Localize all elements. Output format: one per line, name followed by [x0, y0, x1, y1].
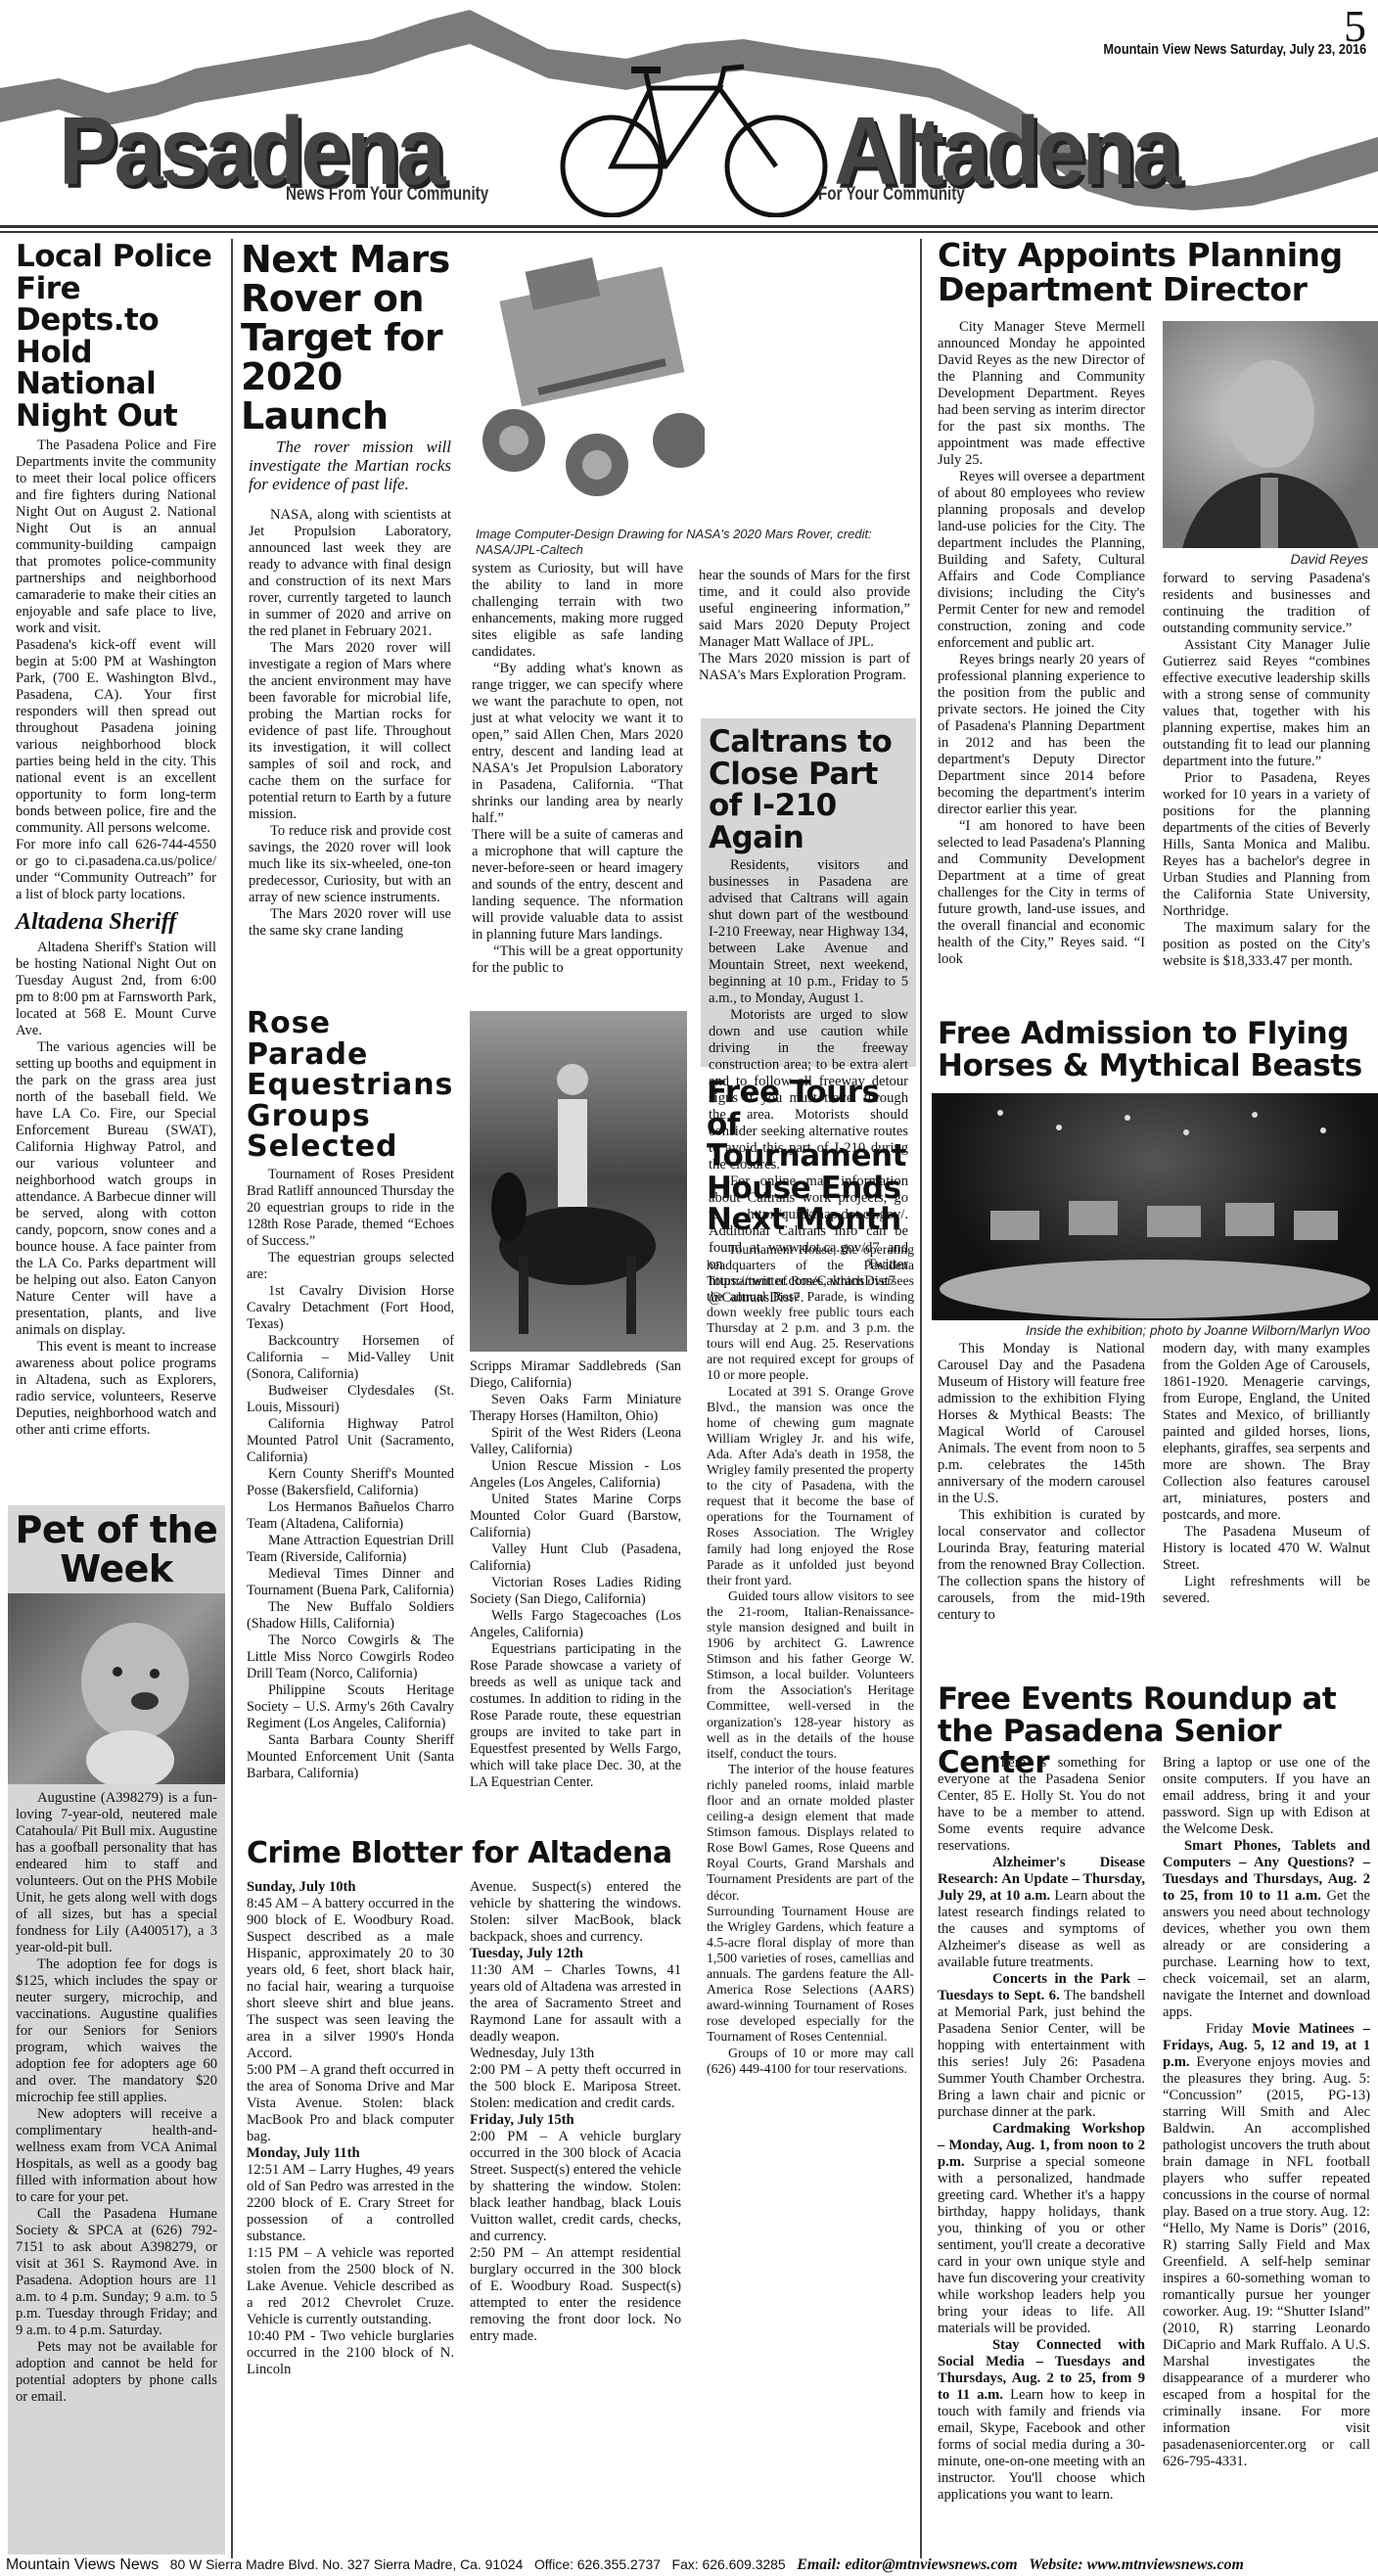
headline: Caltrans to Close Part of I-210 Again — [709, 726, 908, 853]
paragraph: Located at 391 S. Orange Grove Blvd., th… — [707, 1384, 914, 1588]
footer: Mountain Views News 80 W Sierra Madre Bl… — [0, 2556, 1370, 2576]
paragraph: The interior of the house features richl… — [707, 1762, 914, 1904]
footer-email-link[interactable]: Email: editor@mtnviewsnews.com — [797, 2556, 1017, 2573]
paragraph: Groups of 10 or more may call (626) 449-… — [707, 2046, 914, 2077]
column-divider — [231, 239, 233, 2558]
paragraph: Surrounding Tournament House are the Wri… — [707, 1904, 914, 2046]
article-carousel: Free Admission to Flying Horses & Mythic… — [938, 1018, 1368, 1081]
article-mars-col3: hear the sounds of Mars for the first ti… — [699, 568, 910, 684]
bicycle-icon — [553, 59, 837, 217]
article-mars-col2: system as Curiosity, but will have the a… — [472, 561, 683, 977]
list-item: Santa Barbara County Sheriff Mounted Enf… — [247, 1732, 454, 1782]
event-item: Alzheimer's Disease Research: An Update … — [938, 1855, 1145, 1971]
headline: Rose Parade Equestrians Groups Selected — [247, 1008, 454, 1163]
headline: Free Tours of Tournament House Ends Next… — [707, 1077, 914, 1236]
paragraph: “I am honored to have been selected to l… — [938, 818, 1145, 968]
event-item: Concerts in the Park – Tuesdays to Sept.… — [938, 1971, 1145, 2121]
event-item: Stay Connected with Social Media – Tuesd… — [938, 2337, 1145, 2504]
event-item: Cardmaking Workshop – Monday, Aug. 1, fr… — [938, 2121, 1145, 2337]
crime-day: Friday, July 15th — [470, 2112, 681, 2129]
paragraph: The Mars 2020 rover will investigate a r… — [249, 640, 451, 823]
list-item: Budweiser Clydesdales (St. Louis, Missou… — [247, 1383, 454, 1416]
paragraph: There is something for everyone at the P… — [938, 1755, 1145, 1855]
crime-entry: 11:30 AM – Charles Towns, 41 years old o… — [470, 1962, 681, 2046]
dateline: Mountain View News Saturday, July 23, 20… — [1103, 41, 1366, 58]
paragraph: Reyes will oversee a department of about… — [938, 469, 1145, 652]
headline: Local Police Fire Depts.to Hold National… — [16, 241, 216, 432]
carousel-horses-photo-icon — [932, 1093, 1378, 1320]
paragraph: This event is meant to increase awarenes… — [16, 1339, 216, 1439]
paragraph: Bring a laptop or use one of the onsite … — [1163, 1755, 1370, 1838]
horse-rider-photo-icon — [470, 1011, 687, 1352]
paragraph: modern day, with many examples from the … — [1163, 1341, 1370, 1524]
deck: The rover mission will investigate the M… — [249, 437, 451, 493]
senior-col2: Bring a laptop or use one of the onsite … — [1163, 1755, 1370, 2470]
list-item: Wells Fargo Stagecoaches (Los Angeles, C… — [470, 1608, 681, 1641]
masthead: 5 Mountain View News Saturday, July 23, … — [0, 0, 1378, 217]
rose-parade-photo — [470, 1011, 687, 1352]
paragraph: Pets may not be available for adoption a… — [16, 2339, 217, 2406]
paragraph: Tournament House, the operating headquar… — [707, 1242, 914, 1384]
crime-entry: 12:51 AM – Larry Hughes, 49 years old of… — [247, 2162, 454, 2245]
paragraph: City Manager Steve Mermell announced Mon… — [938, 319, 1145, 469]
list-item: The Norco Cowgirls & The Little Miss Nor… — [247, 1633, 454, 1682]
paragraph: The equestrian groups selected are: — [247, 1250, 454, 1283]
article-crime-blotter: Crime Blotter for Altadena — [247, 1838, 687, 1869]
paragraph: Tournament of Roses President Brad Ratli… — [247, 1167, 454, 1250]
mars-rover-image — [470, 245, 705, 499]
paragraph: The adoption fee for dogs is $125, which… — [16, 1956, 217, 2106]
footer-office: Office: 626.355.2737 — [534, 2556, 661, 2572]
paragraph: Reyes brings nearly 20 years of professi… — [938, 652, 1145, 818]
exhibition-photo — [932, 1093, 1378, 1320]
carousel-col1: This Monday is National Carousel Day and… — [938, 1341, 1145, 1624]
list-item: Mane Attraction Equestrian Drill Team (R… — [247, 1533, 454, 1566]
paragraph: Guided tours allow visitors to see the 2… — [707, 1588, 914, 1762]
paragraph: New adopters will receive a complimentar… — [16, 2106, 217, 2206]
list-item: Kern County Sheriff's Mounted Posse (Bak… — [247, 1466, 454, 1499]
article-tournament-house: Free Tours of Tournament House Ends Next… — [707, 1077, 914, 2077]
paragraph: Augustine (A398279) is a fun-loving 7-ye… — [16, 1790, 217, 1956]
event-item: Friday Movie Matinees – Fridays, Aug. 5,… — [1163, 2021, 1370, 2470]
list-item: 1st Cavalry Division Horse Cavalry Detac… — [247, 1283, 454, 1333]
planning-col1: City Manager Steve Mermell announced Mon… — [938, 319, 1145, 968]
crime-entry: Avenue. Suspect(s) entered the vehicle b… — [470, 1879, 681, 1946]
headline: City Appoints Planning Department Direct… — [938, 239, 1368, 306]
senior-col1: There is something for everyone at the P… — [938, 1755, 1145, 2504]
footer-website-link[interactable]: Website: www.mtnviewsnews.com — [1029, 2556, 1244, 2573]
list-item: Victorian Roses Ladies Riding Society (S… — [470, 1575, 681, 1608]
list-item: United States Marine Corps Mounted Color… — [470, 1492, 681, 1541]
list-item: Union Rescue Mission - Los Angeles (Los … — [470, 1458, 681, 1492]
portrait-photo-icon — [1163, 321, 1378, 548]
headline: Pet of the Week — [8, 1505, 225, 1593]
david-reyes-photo — [1163, 321, 1378, 548]
carousel-col2: modern day, with many examples from the … — [1163, 1341, 1370, 1607]
crime-entry: 2:00 PM – A vehicle burglary occurred in… — [470, 2129, 681, 2245]
paragraph: forward to serving Pasadena's residents … — [1163, 571, 1370, 637]
paragraph: The Mars 2020 mission is part of NASA's … — [699, 651, 910, 684]
pet-photo — [8, 1593, 225, 1784]
paragraph: Assistant City Manager Julie Gutierrez s… — [1163, 637, 1370, 770]
paragraph: Call the Pasadena Humane Society & SPCA … — [16, 2206, 217, 2339]
paragraph: There will be a suite of cameras and a m… — [472, 827, 683, 943]
list-item: Scripps Miramar Saddlebreds (San Diego, … — [470, 1358, 681, 1392]
list-item: Los Hermanos Bañuelos Charro Team (Altad… — [247, 1499, 454, 1533]
crime-entry: 5:00 PM – A grand theft occurred in the … — [247, 2062, 454, 2145]
list-item: The New Buffalo Soldiers (Shadow Hills, … — [247, 1599, 454, 1633]
paragraph: hear the sounds of Mars for the first ti… — [699, 568, 910, 651]
article-rose-parade: Rose Parade Equestrians Groups Selected … — [247, 1008, 454, 1782]
article-mars-rover: Next Mars Rover on Target for 2020 Launc… — [241, 241, 451, 940]
paragraph: “By adding what's known as range trigger… — [472, 661, 683, 827]
paragraph: Prior to Pasadena, Reyes worked for 10 y… — [1163, 770, 1370, 920]
headline: Free Admission to Flying Horses & Mythic… — [938, 1018, 1368, 1081]
crime-entry: 2:00 PM – A petty theft occurred in the … — [470, 2062, 681, 2112]
headline: Next Mars Rover on Target for 2020 Launc… — [241, 241, 451, 436]
pet-of-the-week-box: Pet of the Week Augustine (A398279) is a… — [8, 1505, 225, 2554]
subheadline: Altadena Sheriff — [16, 909, 216, 936]
crime-entry: 10:40 PM - Two vehicle burglaries occurr… — [247, 2328, 454, 2378]
image-caption: Inside the exhibition; photo by Joanne W… — [938, 1323, 1370, 1338]
dog-photo-icon — [8, 1593, 225, 1784]
tagline-right: For Your Community — [818, 184, 965, 206]
crime-col1: Sunday, July 10th 8:45 AM – A battery oc… — [247, 1879, 454, 2378]
column-divider — [920, 239, 922, 2558]
list-item: Backcountry Horsemen of California – Mid… — [247, 1333, 454, 1383]
list-item: California Highway Patrol Mounted Patrol… — [247, 1416, 454, 1466]
photo-caption: David Reyes — [1163, 551, 1368, 567]
footer-paper-name: Mountain Views News — [6, 2556, 159, 2573]
paragraph: The Pasadena Museum of History is locate… — [1163, 1524, 1370, 1574]
crime-entry: 2:50 PM – An attempt residential burglar… — [470, 2245, 681, 2345]
masthead-divider — [0, 225, 1378, 233]
paragraph: The maximum salary for the position as p… — [1163, 920, 1370, 970]
rover-drawing-icon — [470, 245, 705, 499]
paragraph: Altadena Sheriff's Station will be hosti… — [16, 940, 216, 1039]
paragraph: NASA, along with scientists at Jet Propu… — [249, 507, 451, 640]
tagline-left: News From Your Community — [286, 184, 488, 206]
paragraph: Light refreshments will be severed. — [1163, 1574, 1370, 1607]
paragraph: For more info call 626-744-4550 or go to… — [16, 837, 216, 903]
article-planning-director: City Appoints Planning Department Direct… — [938, 239, 1368, 306]
paragraph: This exhibition is curated by local cons… — [938, 1507, 1145, 1624]
list-item: Philippine Scouts Heritage Society – U.S… — [247, 1682, 454, 1732]
paragraph: This Monday is National Carousel Day and… — [938, 1341, 1145, 1507]
crime-day: Sunday, July 10th — [247, 1879, 454, 1896]
article-police-night-out: Local Police Fire Depts.to Hold National… — [16, 241, 216, 1439]
crime-day: Monday, July 11th — [247, 2145, 454, 2162]
paragraph: Equestrians participating in the Rose Pa… — [470, 1641, 681, 1791]
event-item: Smart Phones, Tablets and Computers – An… — [1163, 1838, 1370, 2021]
paragraph: The Pasadena Police and Fire Departments… — [16, 437, 216, 637]
footer-address: 80 W Sierra Madre Blvd. No. 327 Sierra M… — [170, 2556, 524, 2572]
crime-col2: Avenue. Suspect(s) entered the vehicle b… — [470, 1879, 681, 2345]
list-item: Valley Hunt Club (Pasadena, California) — [470, 1541, 681, 1575]
list-item: Medieval Times Dinner and Tournament (Bu… — [247, 1566, 454, 1599]
article-caltrans-box: Caltrans to Close Part of I-210 Again Re… — [701, 718, 916, 1067]
crime-day: Wednesday, July 13th — [470, 2046, 681, 2062]
paragraph: To reduce risk and provide cost savings,… — [249, 823, 451, 906]
crime-entry: 1:15 PM – A vehicle was reported stolen … — [247, 2245, 454, 2328]
paragraph: “This will be a great opportunity for th… — [472, 943, 683, 977]
image-caption: Image Computer-Design Drawing for NASA's… — [476, 527, 916, 558]
footer-fax: Fax: 626.609.3285 — [672, 2556, 786, 2572]
list-item: Spirit of the West Riders (Leona Valley,… — [470, 1425, 681, 1458]
paragraph: The Mars 2020 rover will use the same sk… — [249, 906, 451, 940]
article-rose-col2: Scripps Miramar Saddlebreds (San Diego, … — [470, 1358, 681, 1791]
crime-day: Tuesday, July 12th — [470, 1946, 681, 1962]
list-item: Seven Oaks Farm Miniature Therapy Horses… — [470, 1392, 681, 1425]
paragraph: The various agencies will be setting up … — [16, 1039, 216, 1339]
planning-col2: forward to serving Pasadena's residents … — [1163, 571, 1370, 970]
crime-entry: 8:45 AM – A battery occurred in the 900 … — [247, 1896, 454, 2062]
headline: Crime Blotter for Altadena — [247, 1838, 687, 1869]
paragraph: Pasadena's kick-off event will begin at … — [16, 637, 216, 837]
paragraph: system as Curiosity, but will have the a… — [472, 561, 683, 661]
paragraph: Residents, visitors and businesses in Pa… — [709, 857, 908, 1007]
